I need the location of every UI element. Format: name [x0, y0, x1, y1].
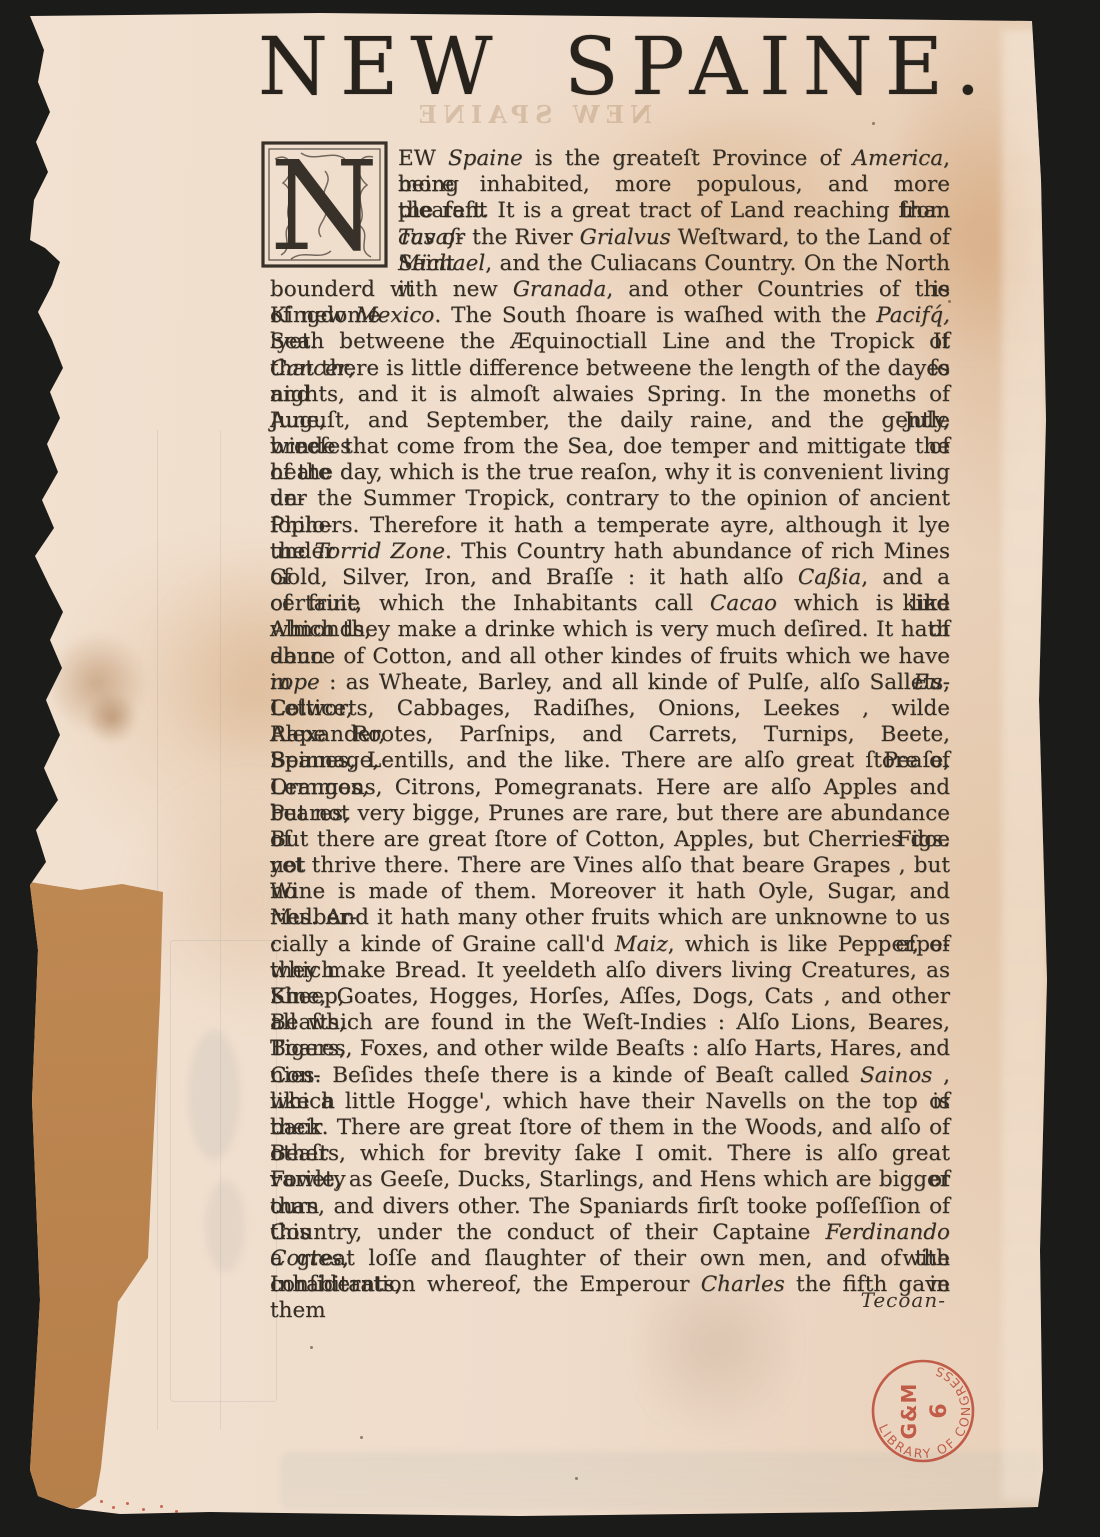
- red-speck: [175, 1510, 178, 1513]
- body-line: Gold, Silver, Iron, and Braſſe : it hath…: [270, 565, 950, 591]
- body-line: the reſt. It is a great tract of Land re…: [398, 198, 950, 224]
- verso-showthrough-figure: [205, 1180, 245, 1272]
- body-line: which they make a drinke which is very m…: [270, 617, 950, 643]
- body-line: ours, and divers other. The Spaniards fi…: [270, 1194, 950, 1220]
- speck: [872, 122, 875, 125]
- body-line: a great loſſe and ſlaughter of their own…: [270, 1246, 950, 1272]
- body-lines: EW Spaine is the greateſt Province of Am…: [270, 146, 950, 1298]
- body-line: that there is little difference betweene…: [270, 356, 950, 382]
- body-line: Auguſt, and September, the daily raine, …: [270, 408, 950, 434]
- verso-showthrough-frame: [170, 940, 277, 1402]
- body-line: but not very bigge, Prunes are rare, but…: [270, 801, 950, 827]
- stain: [80, 692, 144, 744]
- body-line: rope : as Wheate, Barley, and all kinde …: [270, 670, 950, 696]
- body-line: Colworts, Cabbages, Radiſhes, Onions, Le…: [270, 696, 950, 722]
- body-line: cially a kinde of Graine call'd Maiz, wh…: [270, 932, 950, 958]
- body-line: of fruit, which the Inhabitants call Cac…: [270, 591, 950, 617]
- body-line: Kine, Goates, Hogges, Horſes, Aſſes, Dog…: [270, 984, 950, 1010]
- body-line: Lemmons, Citrons, Pomegranats. Here are …: [270, 775, 950, 801]
- body-line: ſophers. Therefore it hath a temperate a…: [270, 513, 950, 539]
- catchword: Tecoan-: [270, 1288, 946, 1312]
- red-speck: [142, 1508, 145, 1511]
- body-line: they make Bread. It yeeldeth alſo divers…: [270, 958, 950, 984]
- body-line: Michael, and the Culiacans Country. On t…: [398, 251, 950, 277]
- body-line: of the day, which is the true reaſon, wh…: [270, 460, 950, 486]
- body-line: Beanes, Lentills, and the like. There ar…: [270, 748, 950, 774]
- body-line: dance of Cotton, and all other kindes of…: [270, 644, 950, 670]
- body-line: Fowle, as Geeſe, Ducks, Starlings, and H…: [270, 1167, 950, 1193]
- red-speck: [100, 1500, 103, 1503]
- body-line: cus or the River Grialvus Weſtward, to t…: [398, 225, 950, 251]
- body-line: Wine is made of them. Moreover it hath O…: [270, 879, 950, 905]
- body-line: more inhabited, more populous, and more …: [398, 172, 950, 198]
- body-line: back. There are great ſtore of them in t…: [270, 1115, 950, 1141]
- red-speck: [112, 1506, 115, 1509]
- body-line: all which are found in the Weſt-Indies :…: [270, 1010, 950, 1036]
- stamp-number-text: 6: [927, 1403, 952, 1418]
- speck: [310, 1346, 313, 1349]
- body-line: der the Summer Tropick, contrary to the …: [270, 486, 950, 512]
- body-line: yet thrive there. There are Vines alſo t…: [270, 853, 950, 879]
- red-speck: [126, 1502, 129, 1505]
- body-line: But there are great ſtore of Cotton, App…: [270, 827, 950, 853]
- body-line: Boares, Foxes, and other wilde Beaſts : …: [270, 1036, 950, 1062]
- verso-showthrough-figure: [188, 1030, 240, 1160]
- page-sheet: NEW SPAINE NEW SPAINE. N: [0, 0, 1100, 1537]
- speck: [575, 1477, 578, 1480]
- body-line: bounderd with new Granada, and other Cou…: [270, 277, 950, 303]
- body-line: nies. Beſides theſe there is a kinde of …: [270, 1063, 950, 1089]
- body-line: like a little Hogge', which have their N…: [270, 1089, 950, 1115]
- library-of-congress-stamp: LIBRARY OF CONGRESS G&M 6: [862, 1350, 984, 1472]
- body-line: ries. And it hath many other fruits whic…: [270, 905, 950, 931]
- body-line: winde that come from the Sea, doe temper…: [270, 434, 950, 460]
- body-line: of new Mexico. The South ſhoare is waſhe…: [270, 303, 950, 329]
- body-line: Beaſts, which for brevity ſake I omit. T…: [270, 1141, 950, 1167]
- stamp-division-text: G&M: [897, 1383, 921, 1440]
- body-line: Country, under the conduct of their Capt…: [270, 1220, 950, 1246]
- speck: [360, 1436, 363, 1439]
- body-line: lyeth betweene the Æquinoctiall Line and…: [270, 329, 950, 355]
- body-line: the Torrid Zone. This Country hath abund…: [270, 539, 950, 565]
- body-line: nights, and it is almoſt alwaies Spring.…: [270, 382, 950, 408]
- page-title: NEW SPAINE.: [258, 20, 948, 113]
- red-speck: [160, 1505, 163, 1508]
- scan-canvas: NEW SPAINE NEW SPAINE. N: [0, 0, 1100, 1537]
- stain: [42, 628, 152, 738]
- speck: [948, 300, 951, 303]
- stain: [1002, 30, 1046, 1500]
- body-line: Rape Rootes, Parſnips, and Carrets, Turn…: [270, 722, 950, 748]
- body-line: EW Spaine is the greateſt Province of Am…: [398, 146, 950, 172]
